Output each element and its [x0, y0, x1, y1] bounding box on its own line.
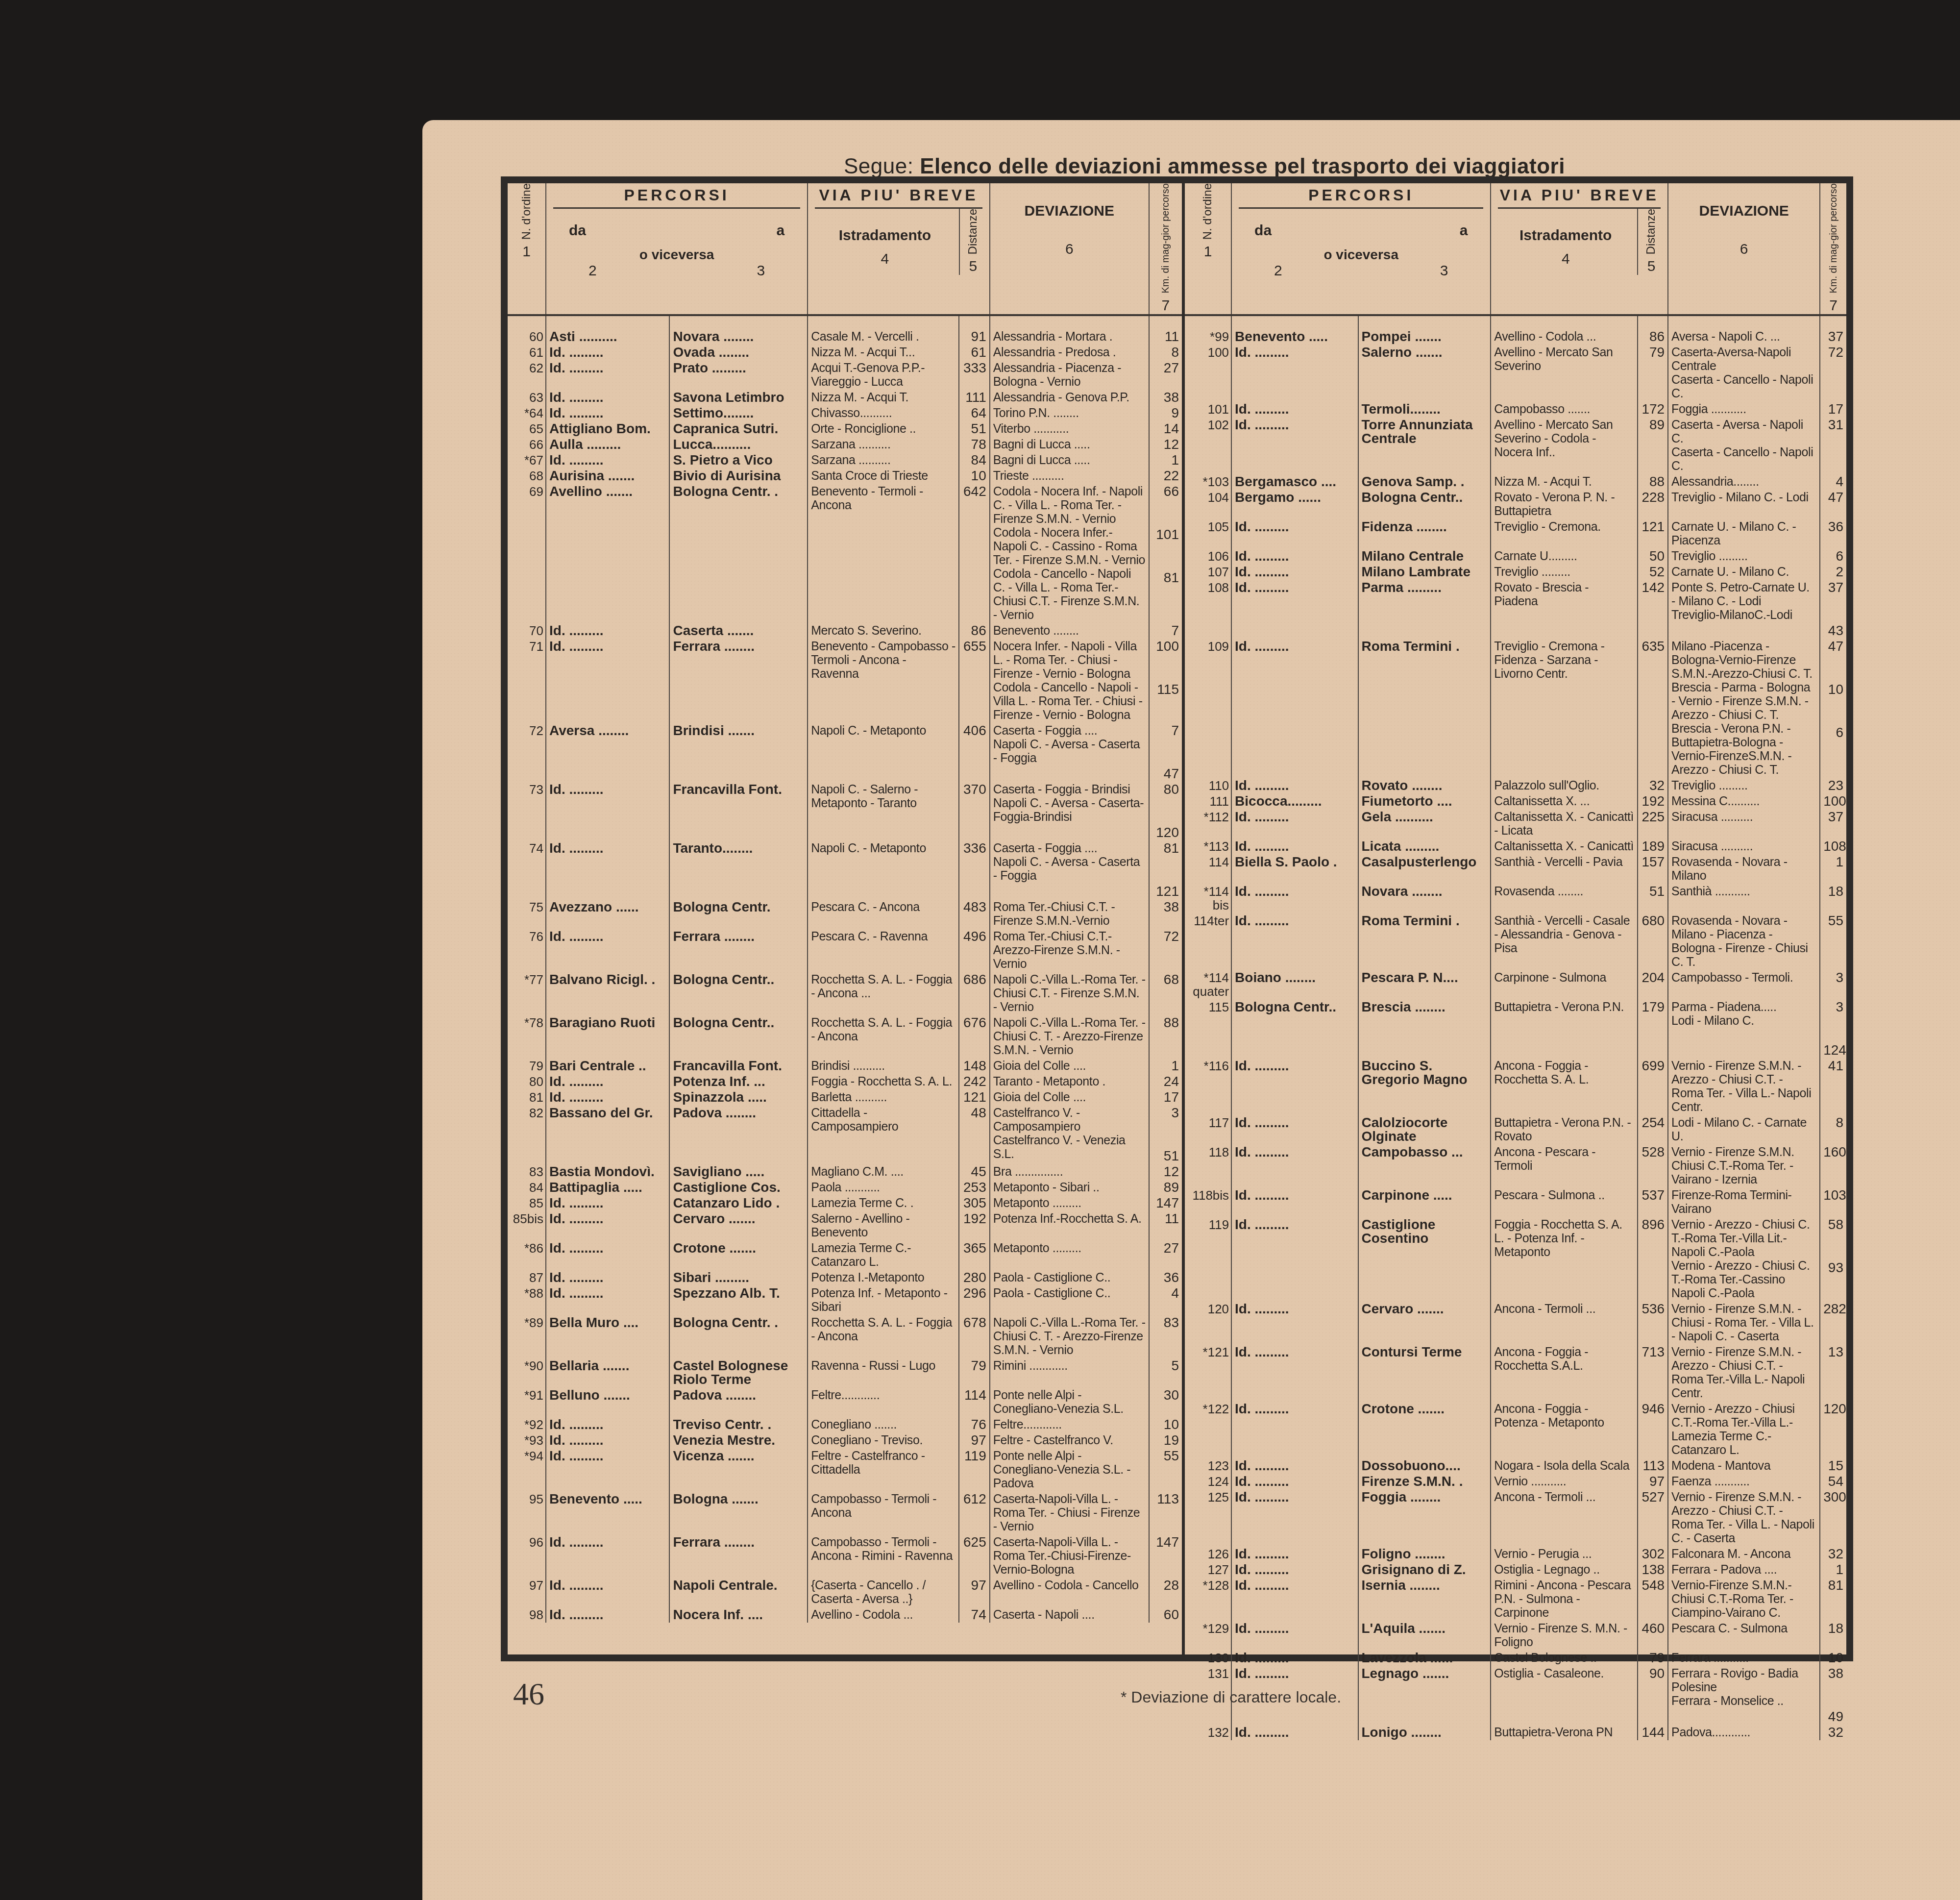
to-station: Napoli Centrale.: [669, 1578, 808, 1607]
deviation: Bra ...............: [990, 1164, 1149, 1180]
deviation: Vernio - Arezzo - Chiusi C. T.-Roma Ter.…: [1668, 1217, 1820, 1301]
extra-km-value: 83: [1152, 1316, 1179, 1330]
distance: 157: [1638, 854, 1668, 884]
distance: 612: [959, 1491, 990, 1534]
deviation-option: Siracusa ..........: [1671, 839, 1816, 853]
extra-km-value: 113: [1152, 1492, 1179, 1506]
to-station: Savigliano .....: [669, 1164, 808, 1180]
table-row: *64Id. .........Settimo........Chivasso.…: [508, 405, 1182, 421]
extra-km-value: 3: [1152, 1106, 1179, 1120]
shortest-route: Rovato - Brescia - Piadena: [1491, 580, 1638, 639]
table-row: 74Id. .........Taranto........Napoli C. …: [508, 840, 1182, 899]
extra-km: 18: [1820, 884, 1846, 913]
deviation-option: Treviglio .........: [1671, 549, 1816, 563]
table-row: 71Id. .........Ferrara ........Benevento…: [508, 639, 1182, 723]
extra-km-value: 3: [1823, 1000, 1843, 1014]
deviation-option: Paola - Castiglione C..: [993, 1271, 1146, 1284]
table-row: 118bisId. .........Carpinone .....Pescar…: [1185, 1187, 1846, 1217]
deviation: Siracusa ..........: [1668, 809, 1820, 839]
deviation-option: Brescia - Parma - Bologna - Vernio - Fir…: [1671, 681, 1816, 722]
order-number: *77: [508, 972, 546, 1015]
shortest-route: Nizza M. - Acqui T.: [1491, 474, 1638, 490]
to-station: Taranto........: [669, 840, 808, 899]
from-station: Bellaria .......: [546, 1358, 669, 1387]
extra-km: 80120: [1149, 782, 1182, 840]
shortest-route: Conegliano - Treviso.: [808, 1432, 959, 1448]
deviation-option: Trieste ..........: [993, 469, 1146, 483]
shortest-route: Chivasso..........: [808, 405, 959, 421]
deviation: Taranto - Metaponto .: [990, 1074, 1149, 1089]
distance: 76: [959, 1417, 990, 1432]
extra-km: 100115: [1149, 639, 1182, 723]
shortest-route: Brindisi ..........: [808, 1058, 959, 1074]
to-station: Francavilla Font.: [669, 1058, 808, 1074]
table-row: 114terId. .........Roma Termini .Santhià…: [1185, 913, 1846, 970]
distance: 138: [1638, 1562, 1668, 1578]
order-number: 110: [1185, 778, 1231, 793]
from-station: Id. .........: [546, 1074, 669, 1089]
order-number: 107: [1185, 564, 1231, 580]
title-prefix: Segue:: [844, 154, 913, 178]
extra-km-value: 47: [1823, 491, 1843, 504]
deviation-option: Nocera Infer. - Napoli - Villa L. - Roma…: [993, 640, 1146, 681]
extra-km-value: 38: [1152, 900, 1179, 914]
table-row: *89Bella Muro ....Bologna Centr. .Rocche…: [508, 1315, 1182, 1358]
shortest-route: Pescara C. - Ancona: [808, 899, 959, 929]
from-station: Id. .........: [1231, 1401, 1358, 1458]
extra-km: 1: [1820, 854, 1846, 884]
from-station: Aurisina .......: [546, 468, 669, 484]
extra-km-value: 58: [1823, 1218, 1843, 1232]
from-station: Aversa ........: [546, 723, 669, 782]
extra-km: 108: [1820, 839, 1846, 854]
deviation: Napoli C.-Villa L.-Roma Ter. - Chiusi C.…: [990, 972, 1149, 1015]
extra-km-value: 17: [1823, 402, 1843, 416]
from-station: Id. .........: [1231, 1187, 1358, 1217]
table-row: *122Id. .........Crotone .......Ancona -…: [1185, 1401, 1846, 1458]
extra-km-value: 6: [1823, 726, 1843, 740]
extra-km: 11: [1149, 315, 1182, 345]
shortest-route: Foggia - Rocchetta S. A. L.: [808, 1074, 959, 1089]
distance: 121: [1638, 519, 1668, 548]
extra-km: 37: [1820, 315, 1846, 345]
from-station: Belluno .......: [546, 1387, 669, 1417]
extra-km-value: 36: [1152, 1271, 1179, 1284]
extra-km: 3: [1820, 970, 1846, 999]
extra-km-value: 15: [1823, 1459, 1843, 1473]
shortest-route: Casale M. - Vercelli .: [808, 315, 959, 345]
deviation-option: Bra ...............: [993, 1165, 1146, 1179]
to-station: Castiglione Cosentino: [1358, 1217, 1491, 1301]
table-row: 123Id. .........Dossobuono....Nogara - I…: [1185, 1458, 1846, 1474]
shortest-route: Avellino - Codola ...: [808, 1607, 959, 1623]
table-row: 117Id. .........Calolziocorte OlginateBu…: [1185, 1115, 1846, 1144]
table-row: 102Id. .........Torre Annunziata Central…: [1185, 417, 1846, 474]
extra-km-value: 18: [1823, 885, 1843, 898]
table-row: 85Id. .........Catanzaro Lido .Lamezia T…: [508, 1195, 1182, 1211]
order-number: *122: [1185, 1401, 1231, 1458]
shortest-route: Rovato - Verona P. N. - Buttapietra: [1491, 490, 1638, 519]
extra-km: 113: [1149, 1491, 1182, 1534]
deviation-option: Vernio - Firenze S.M.N. - Arezzo - Chius…: [1671, 1059, 1816, 1114]
col-percorsi-header: PERCORSI daa o viceversa 23: [1231, 183, 1491, 315]
shortest-route: Magliano C.M. ....: [808, 1164, 959, 1180]
deviation-option: Codola - Nocera Infer.- Napoli C. - Cass…: [993, 526, 1146, 567]
shortest-route: Potenza Inf. - Metaponto - Sibari: [808, 1285, 959, 1315]
distance: 86: [959, 623, 990, 639]
deviation: Bagni di Lucca .....: [990, 437, 1149, 452]
col-percorsi-header: PERCORSI daa o viceversa 23: [546, 183, 808, 315]
deviation-option: Treviglio .........: [1671, 779, 1816, 792]
from-station: Id. .........: [546, 1240, 669, 1270]
extra-km: 300: [1820, 1489, 1846, 1546]
to-station: Bologna Centr..: [669, 1015, 808, 1058]
to-station: Parma .........: [1358, 580, 1491, 639]
extra-km-value: 81: [1152, 841, 1179, 855]
table-row: *129Id. .........L'Aquila .......Vernio …: [1185, 1621, 1846, 1650]
shortest-route: Rovasenda ........: [1491, 884, 1638, 913]
deviation-option: Codola - Cancello - Napoli - Villa L. - …: [993, 681, 1146, 722]
to-station: Spezzano Alb. T.: [669, 1285, 808, 1315]
from-station: Id. .........: [1231, 1474, 1358, 1489]
shortest-route: Pescara - Sulmona ..: [1491, 1187, 1638, 1217]
table-row: 110Id. .........Rovato ........Palazzolo…: [1185, 778, 1846, 793]
table-header: N. d'ordine1 PERCORSI daa o viceversa 23…: [1185, 183, 1846, 315]
deviation: Lodi - Milano C. - Carnate U.: [1668, 1115, 1820, 1144]
extra-km-value: 1: [1823, 1563, 1843, 1577]
shortest-route: Feltre - Castelfranco - Cittadella: [808, 1448, 959, 1491]
to-station: Contursi Terme: [1358, 1344, 1491, 1401]
table-body-right: *99Benevento .....Pompei .......Avellino…: [1185, 315, 1846, 1740]
table-row: 96Id. .........Ferrara ........Campobass…: [508, 1534, 1182, 1578]
distance: 686: [959, 972, 990, 1015]
deviation: Santhià ...........: [1668, 884, 1820, 913]
deviation: Caserta-Aversa-Napoli CentraleCaserta - …: [1668, 345, 1820, 401]
deviation-option: Ponte nelle Alpi - Conegliano-Venezia S.…: [993, 1449, 1146, 1490]
extra-km-value: 37: [1823, 810, 1843, 824]
deviation: Rimini ............: [990, 1358, 1149, 1387]
from-station: Bologna Centr..: [1231, 999, 1358, 1058]
extra-km-value: 1: [1152, 1059, 1179, 1073]
from-station: Id. .........: [546, 1432, 669, 1448]
table-row: 126Id. .........Foligno ........Vernio -…: [1185, 1546, 1846, 1562]
extra-km: 282: [1820, 1301, 1846, 1344]
order-number: 60: [508, 315, 546, 345]
title-main: Elenco delle deviazioni ammesse pel tras…: [920, 154, 1565, 178]
deviation-option: Caserta - Aversa - Napoli C.: [1671, 418, 1816, 445]
deviation: Caserta - Foggia - BrindisiNapoli C. - A…: [990, 782, 1149, 840]
col-via-piu-breve-header: VIA PIU' BREVE Istradamento4 Distanze5: [1491, 183, 1668, 315]
deviation-option: Feltre............: [993, 1418, 1146, 1431]
from-station: Id. .........: [1231, 1301, 1358, 1344]
deviation-option: Rimini ............: [993, 1359, 1146, 1373]
deviation-option: Napoli C. - Aversa - Caserta-Foggia-Brin…: [993, 796, 1146, 824]
table-row: *90Bellaria .......Castel Bolognese Riol…: [508, 1358, 1182, 1387]
shortest-route: Santa Croce di Trieste: [808, 468, 959, 484]
deviation: Treviglio .........: [1668, 778, 1820, 793]
deviation: Torino P.N. ........: [990, 405, 1149, 421]
extra-km: 1: [1149, 1058, 1182, 1074]
shortest-route: Benevento - Termoli - Ancona: [808, 484, 959, 623]
from-station: Id. .........: [546, 405, 669, 421]
order-number: 114: [1185, 854, 1231, 884]
extra-km: 8: [1149, 345, 1182, 360]
col-km-header: Km. di mag-gior percorso7: [1149, 183, 1182, 315]
from-station: Avezzano ......: [546, 899, 669, 929]
extra-km: 10: [1149, 1417, 1182, 1432]
order-number: 100: [1185, 345, 1231, 401]
extra-km: 47106: [1820, 639, 1846, 778]
deviation: Ponte S. Petro-Carnate U. - Milano C. - …: [1668, 580, 1820, 639]
order-number: *116: [1185, 1058, 1231, 1115]
shortest-route: Feltre............: [808, 1387, 959, 1417]
distance: 121: [959, 1089, 990, 1105]
deviation: Ferrara - Padova ....: [1668, 1562, 1820, 1578]
from-station: Id. .........: [1231, 778, 1358, 793]
deviation-option: Vernio - Firenze S.M.N. Chiusi C.T.-Roma…: [1671, 1145, 1816, 1186]
distance: 537: [1638, 1187, 1668, 1217]
extra-km: 17: [1820, 401, 1846, 417]
distance: 10: [959, 468, 990, 484]
distance: 79: [1638, 1650, 1668, 1666]
from-station: Id. .........: [546, 345, 669, 360]
extra-km-value: 47: [1152, 767, 1179, 781]
shortest-route: Rocchetta S. A. L. - Foggia - Ancona: [808, 1315, 959, 1358]
extra-km-value: 41: [1823, 1059, 1843, 1073]
from-station: Id. .........: [1231, 580, 1358, 639]
to-station: Ferrara ........: [669, 1534, 808, 1578]
extra-km-value: 101: [1152, 528, 1179, 542]
order-number: 66: [508, 437, 546, 452]
deviation-option: Vernio - Arezzo - Chiusi C. T.-Roma Ter.…: [1671, 1259, 1816, 1300]
deviation-option: Alessandria - Mortara .: [993, 330, 1146, 344]
from-station: Id. .........: [546, 1211, 669, 1240]
table-row: *113Id. .........Licata .........Caltani…: [1185, 839, 1846, 854]
extra-km-value: 147: [1152, 1535, 1179, 1549]
deviation: Nocera Infer. - Napoli - Villa L. - Roma…: [990, 639, 1149, 723]
distance: 84: [959, 452, 990, 468]
from-station: Id. .........: [1231, 1650, 1358, 1666]
from-station: Asti ..........: [546, 315, 669, 345]
shortest-route: Castel Bolognese ..: [1491, 1650, 1638, 1666]
to-station: Bologna Centr. .: [669, 484, 808, 623]
table-row: 111Bicocca.........Fiumetorto ....Caltan…: [1185, 793, 1846, 809]
extra-km-value: 23: [1823, 779, 1843, 792]
distance: 333: [959, 360, 990, 390]
order-number: 75: [508, 899, 546, 929]
to-station: Dossobuono....: [1358, 1458, 1491, 1474]
deviation: Castelfranco V. - CamposampieroCastelfra…: [990, 1105, 1149, 1164]
to-station: Genova Samp. .: [1358, 474, 1491, 490]
order-number: 127: [1185, 1562, 1231, 1578]
order-number: 118: [1185, 1144, 1231, 1187]
to-station: Capranica Sutri.: [669, 421, 808, 437]
deviation: Caserta-Napoli-Villa L. -Roma Ter.-Chius…: [990, 1534, 1149, 1578]
to-station: Lonigo ........: [1358, 1725, 1491, 1740]
distance: 78: [959, 437, 990, 452]
table-row: 106Id. .........Milano CentraleCarnate U…: [1185, 548, 1846, 564]
from-station: Biella S. Paolo .: [1231, 854, 1358, 884]
shortest-route: Potenza I.-Metaponto: [808, 1270, 959, 1285]
deviation-option: Carnate U. - Milano C. - Piacenza: [1671, 520, 1816, 547]
page-number: 46: [513, 1676, 544, 1712]
to-station: Buccino S. Gregorio Magno: [1358, 1058, 1491, 1115]
deviation: Vernio - Firenze S.M.N. - Chiusi - Roma …: [1668, 1301, 1820, 1344]
extra-km: 8: [1820, 1115, 1846, 1144]
from-station: Aulla .........: [546, 437, 669, 452]
extra-km-value: 72: [1823, 345, 1843, 359]
shortest-route: Mercato S. Severino.: [808, 623, 959, 639]
shortest-route: Vernio ...........: [1491, 1474, 1638, 1489]
to-station: Ferrara ........: [669, 639, 808, 723]
extra-km-value: 121: [1152, 885, 1179, 898]
shortest-route: Ostiglia - Casaleone.: [1491, 1666, 1638, 1725]
shortest-route: Sarzana ..........: [808, 437, 959, 452]
extra-km: 88: [1149, 1015, 1182, 1058]
order-number: *129: [1185, 1621, 1231, 1650]
deviation: Alessandria - Predosa .: [990, 345, 1149, 360]
to-station: S. Pietro a Vico: [669, 452, 808, 468]
shortest-route: Salerno - Avellino - Benevento: [808, 1211, 959, 1240]
table-row: 109Id. .........Roma Termini .Treviglio …: [1185, 639, 1846, 778]
extra-km-value: 32: [1823, 1726, 1843, 1739]
from-station: Id. .........: [546, 1578, 669, 1607]
order-number: *114 bis: [1185, 884, 1231, 913]
order-number: *89: [508, 1315, 546, 1358]
col-km-header: Km. di mag-gior percorso7: [1820, 183, 1846, 315]
distance: 91: [959, 315, 990, 345]
to-station: Padova ........: [669, 1105, 808, 1164]
extra-km-value: 282: [1823, 1302, 1843, 1316]
deviation-option: Alessandria........: [1671, 475, 1816, 489]
deviation: Feltre - Castelfranco V.: [990, 1432, 1149, 1448]
table-row: 87Id. .........Sibari .........Potenza I…: [508, 1270, 1182, 1285]
to-station: Savona Letimbro: [669, 390, 808, 405]
from-station: Attigliano Bom.: [546, 421, 669, 437]
from-station: Benevento .....: [546, 1491, 669, 1534]
distance: 536: [1638, 1301, 1668, 1344]
distance: 74: [959, 1607, 990, 1623]
from-station: Id. .........: [1231, 548, 1358, 564]
to-station: Isernia ........: [1358, 1578, 1491, 1621]
from-station: Id. .........: [546, 1534, 669, 1578]
table-row: 83Bastia Mondovì.Savigliano .....Maglian…: [508, 1164, 1182, 1180]
extra-km-value: 55: [1152, 1449, 1179, 1463]
deviation-option: Ponte S. Petro-Carnate U. - Milano C. - …: [1671, 581, 1816, 608]
order-number: *99: [1185, 315, 1231, 345]
distance: 496: [959, 929, 990, 972]
extra-km: 38: [1149, 899, 1182, 929]
from-station: Balvano Ricigl. .: [546, 972, 669, 1015]
table-row: 66Aulla .........Lucca..........Sarzana …: [508, 437, 1182, 452]
deviation: Caserta-Napoli-Villa L. - Roma Ter. - Ch…: [990, 1491, 1149, 1534]
extra-km: 4: [1820, 474, 1846, 490]
deviation-option: Castelfranco V. - Camposampiero: [993, 1106, 1146, 1134]
from-station: Id. .........: [1231, 401, 1358, 417]
table-row: 63Id. .........Savona LetimbroNizza M. -…: [508, 390, 1182, 405]
extra-km: 3743: [1820, 580, 1846, 639]
deviation-option: Treviglio - Milano C. - Lodi: [1671, 491, 1816, 504]
from-station: Id. .........: [546, 1417, 669, 1432]
extra-km: 47: [1820, 490, 1846, 519]
extra-km-value: 37: [1823, 330, 1843, 344]
table-row: *114 bisId. .........Novara ........Rova…: [1185, 884, 1846, 913]
to-station: L'Aquila .......: [1358, 1621, 1491, 1650]
extra-km: 5893: [1820, 1217, 1846, 1301]
shortest-route: Treviglio .........: [1491, 564, 1638, 580]
order-number: 106: [1185, 548, 1231, 564]
deviation-option: Napoli C.-Villa L.-Roma Ter. - Chiusi C.…: [993, 1016, 1146, 1057]
deviation: Paola - Castiglione C..: [990, 1270, 1149, 1285]
table-row: *116Id. .........Buccino S. Gregorio Mag…: [1185, 1058, 1846, 1115]
shortest-route: Cittadella - Camposampiero: [808, 1105, 959, 1164]
distance: 678: [959, 1315, 990, 1358]
extra-km-value: 108: [1823, 839, 1843, 853]
extra-km-value: 17: [1152, 1090, 1179, 1104]
deviation-option: Castelfranco V. - Venezia S.L.: [993, 1134, 1146, 1161]
col-deviazione-header: DEVIAZIONE6: [1668, 183, 1820, 315]
from-station: Id. .........: [1231, 639, 1358, 778]
extra-km-value: 8: [1152, 345, 1179, 359]
shortest-route: Ravenna - Russi - Lugo: [808, 1358, 959, 1387]
deviation-option: Messina C..........: [1671, 794, 1816, 808]
extra-km: 351: [1149, 1105, 1182, 1164]
to-station: Roma Termini .: [1358, 639, 1491, 778]
extra-km: 160: [1820, 1144, 1846, 1187]
to-station: Carpinone .....: [1358, 1187, 1491, 1217]
table-row: 81Id. .........Spinazzola .....Barletta …: [508, 1089, 1182, 1105]
order-number: 69: [508, 484, 546, 623]
deviation-option: Campobasso - Termoli.: [1671, 971, 1816, 985]
deviation-option: Viterbo ...........: [993, 422, 1146, 436]
extra-km-value: 24: [1152, 1075, 1179, 1088]
extra-km: 14: [1149, 421, 1182, 437]
from-station: Id. .........: [1231, 913, 1358, 970]
shortest-route: Nogara - Isola della Scala: [1491, 1458, 1638, 1474]
extra-km-value: 8: [1823, 1116, 1843, 1130]
deviation-option: Napoli C.-Villa L.-Roma Ter. - Chiusi C.…: [993, 1316, 1146, 1357]
from-station: Bassano del Gr.: [546, 1105, 669, 1164]
shortest-route: Ancona - Foggia - Rocchetta S. A. L.: [1491, 1058, 1638, 1115]
to-station: Francavilla Font.: [669, 782, 808, 840]
extra-km: 55: [1149, 1448, 1182, 1491]
deviation-option: Milano -Piacenza - Bologna-Vernio-Firenz…: [1671, 640, 1816, 681]
extra-km: 22: [1149, 468, 1182, 484]
order-number: 95: [508, 1491, 546, 1534]
distance: 61: [959, 345, 990, 360]
extra-km-value: 54: [1823, 1475, 1843, 1488]
order-number: 81: [508, 1089, 546, 1105]
extra-km-value: 81: [1823, 1579, 1843, 1592]
extra-km: 9: [1149, 405, 1182, 421]
deviation: Metaponto - Sibari ..: [990, 1180, 1149, 1195]
distance: 32: [1638, 778, 1668, 793]
from-station: Id. .........: [1231, 417, 1358, 474]
distance: 114: [959, 1387, 990, 1417]
col-deviazione-header: DEVIAZIONE6: [990, 183, 1149, 315]
order-number: 102: [1185, 417, 1231, 474]
distance: 89: [1638, 417, 1668, 474]
deviation: Messina C..........: [1668, 793, 1820, 809]
deviation-option: Alessandria - Predosa .: [993, 345, 1146, 359]
table-row: 97Id. .........Napoli Centrale.{Caserta …: [508, 1578, 1182, 1607]
deviation: Napoli C.-Villa L.-Roma Ter. - Chiusi C.…: [990, 1015, 1149, 1058]
to-station: Cervaro .......: [1358, 1301, 1491, 1344]
table-left-half: N. d'ordine1 PERCORSI daa o viceversa 23…: [508, 183, 1185, 1654]
deviation-option: Napoli C. - Aversa - Caserta - Foggia: [993, 855, 1146, 883]
distance: 365: [959, 1240, 990, 1270]
shortest-route: Ancona - Foggia - Rocchetta S.A.L.: [1491, 1344, 1638, 1401]
